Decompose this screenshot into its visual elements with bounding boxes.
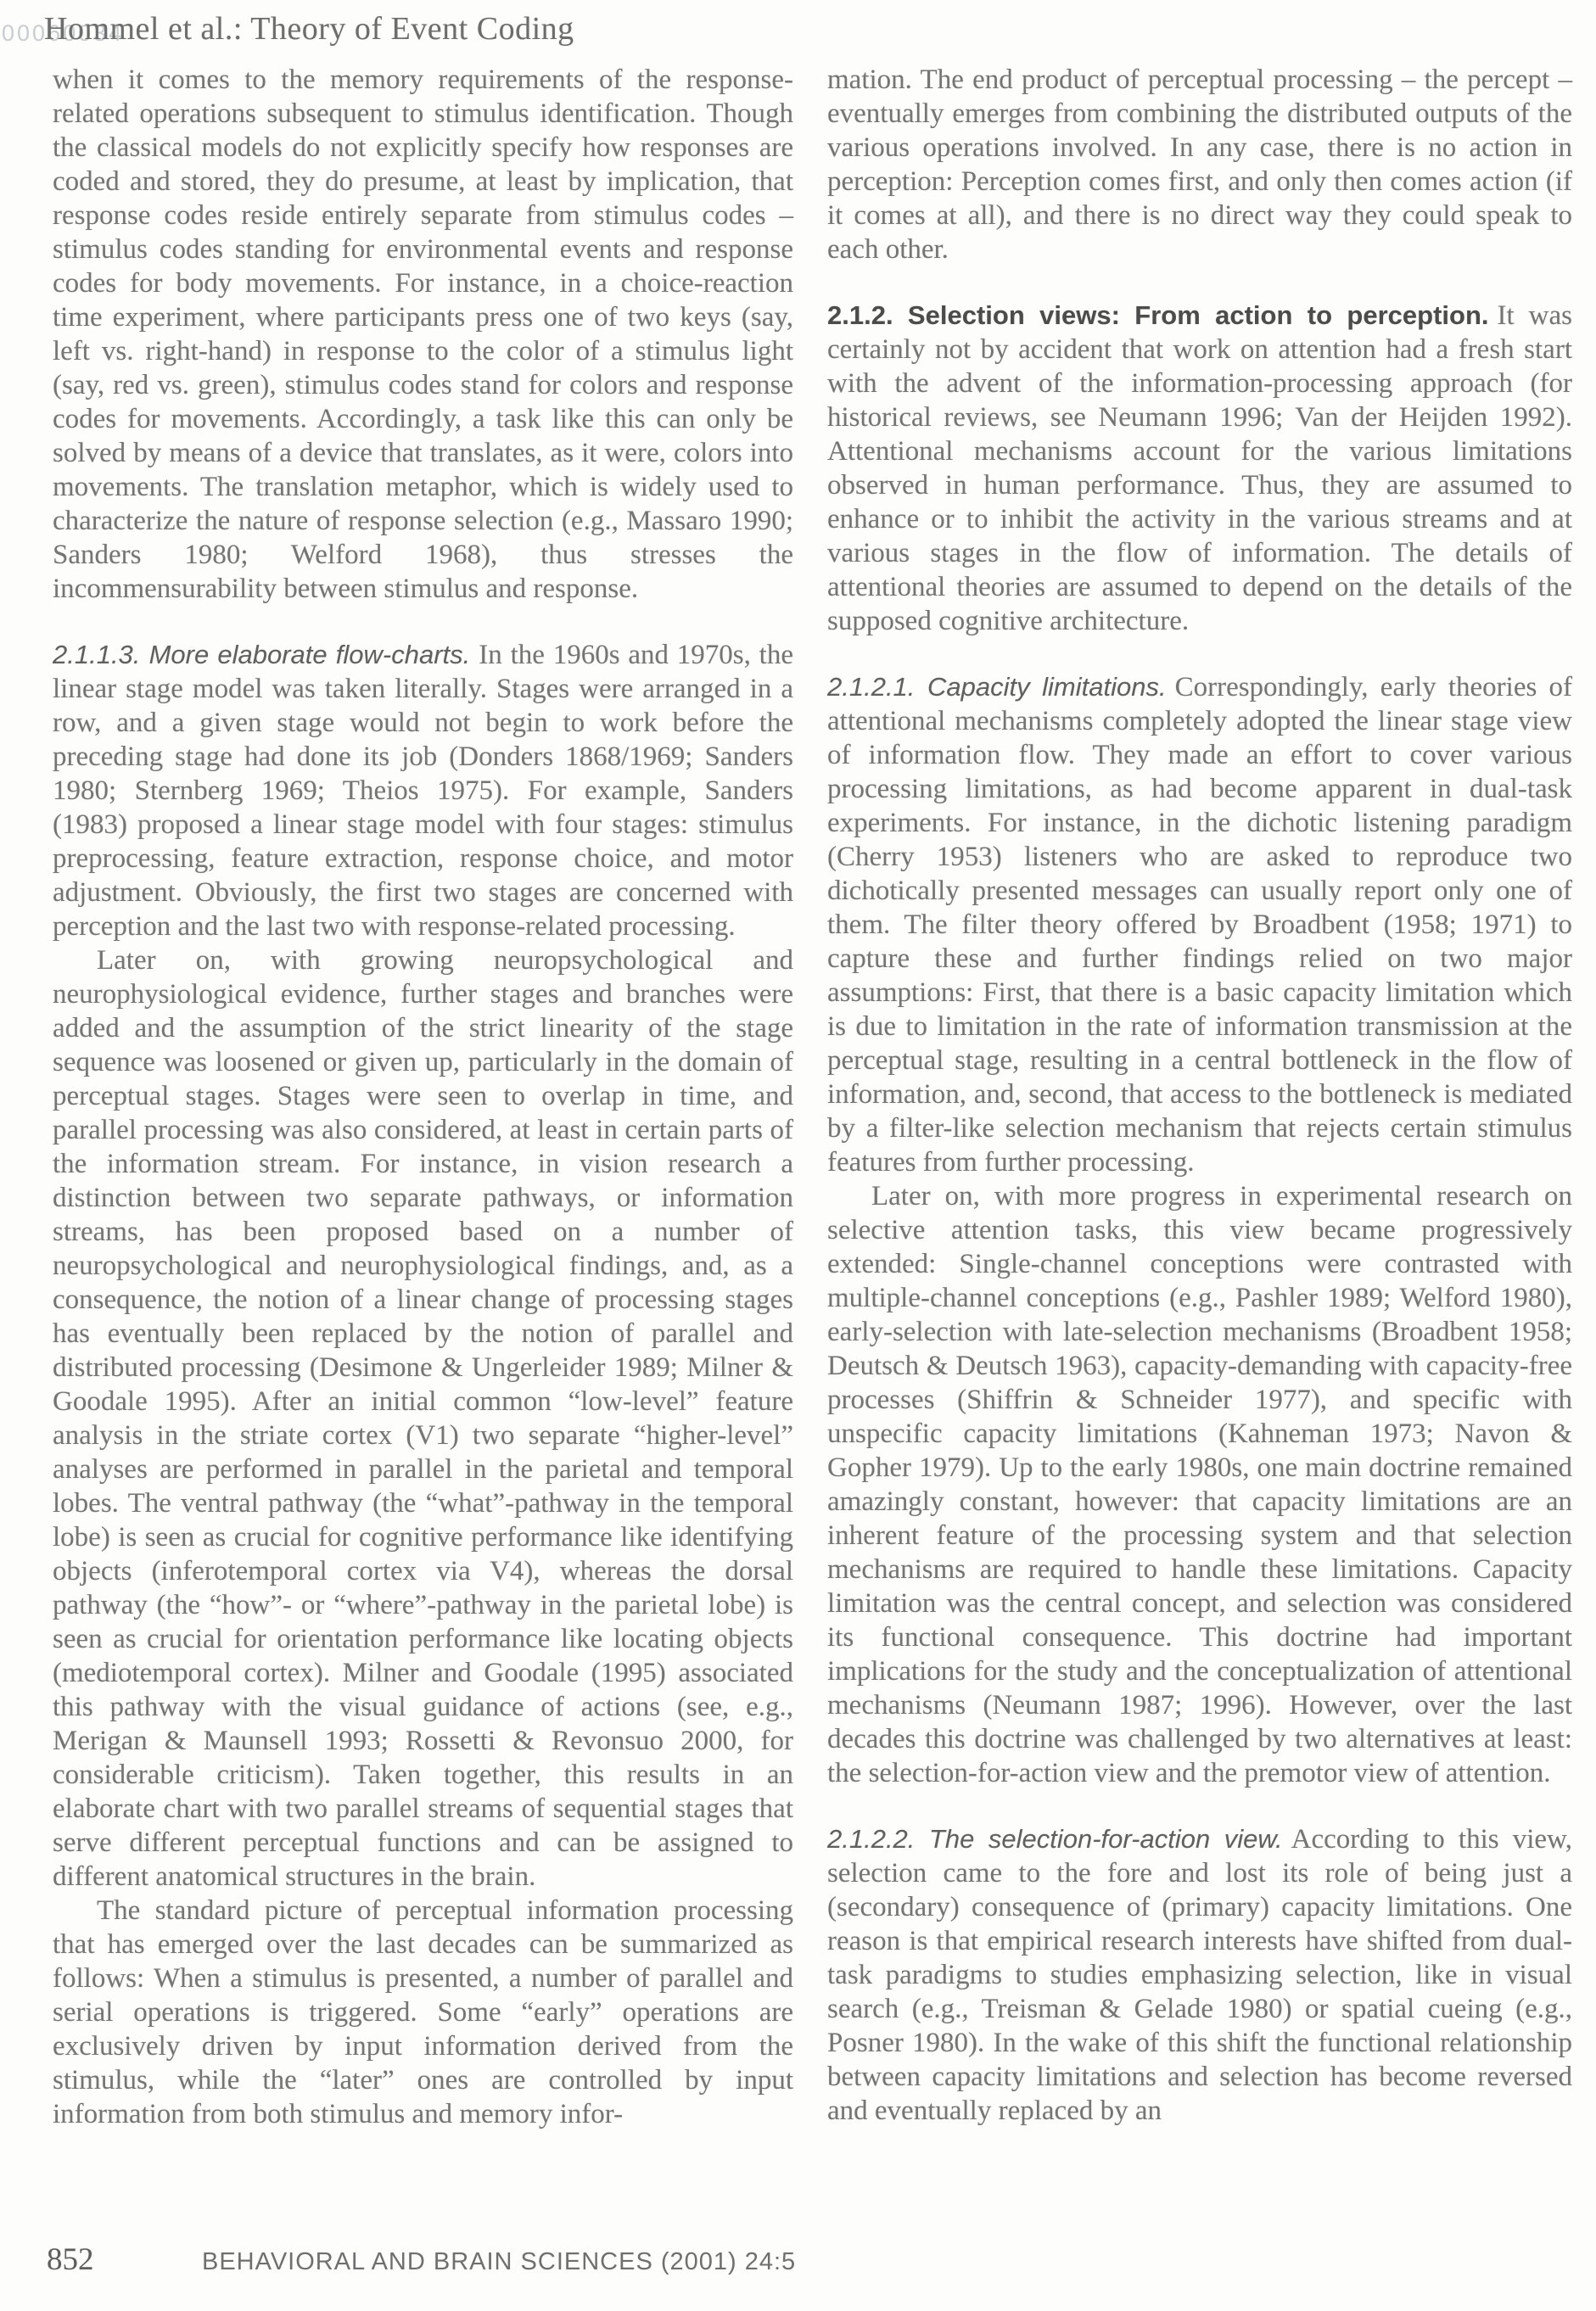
paragraph-continuation: when it comes to the memory requirements… — [53, 63, 793, 606]
section-capacity-limitations: 2.1.2.1. Capacity limitations.Correspond… — [827, 670, 1572, 1179]
section-text-capacity-limitations: Correspondingly, early theories of atten… — [827, 672, 1572, 1178]
scanned-paper-page: 00060034 Hommel et al.: Theory of Event … — [0, 0, 1596, 2311]
section-text-selection-for-action: According to this view, selection came t… — [827, 1824, 1572, 2126]
right-column: mation. The end product of perceptual pr… — [827, 63, 1572, 2128]
section-text-flowcharts: In the 1960s and 1970s, the linear stage… — [53, 640, 793, 942]
paragraph-standard-picture: The standard picture of perceptual infor… — [53, 1894, 793, 2131]
page-number: 852 — [47, 2241, 94, 2278]
section-text-selection-views: It was certainly not by accident that wo… — [827, 300, 1572, 636]
section-heading-flowcharts: 2.1.1.3. More elaborate flow-charts. — [53, 640, 470, 669]
paragraph-later-on-right: Later on, with more progress in experime… — [827, 1179, 1572, 1790]
paragraph-continuation-right: mation. The end product of perceptual pr… — [827, 63, 1572, 266]
left-column: when it comes to the memory requirements… — [53, 63, 793, 2131]
section-heading-selection-views: 2.1.2. Selection views: From action to p… — [827, 300, 1489, 330]
journal-footer: BEHAVIORAL AND BRAIN SCIENCES (2001) 24:… — [202, 2248, 796, 2276]
section-flowcharts: 2.1.1.3. More elaborate flow-charts.In t… — [53, 638, 793, 943]
section-selection-for-action: 2.1.2.2. The selection-for-action view.A… — [827, 1822, 1572, 2128]
paragraph-later-on-left: Later on, with growing neuropsychologica… — [53, 943, 793, 1894]
running-head: Hommel et al.: Theory of Event Coding — [44, 10, 574, 48]
section-selection-views: 2.1.2. Selection views: From action to p… — [827, 299, 1572, 638]
section-heading-selection-for-action: 2.1.2.2. The selection-for-action view. — [827, 1824, 1283, 1854]
section-heading-capacity-limitations: 2.1.2.1. Capacity limitations. — [827, 672, 1167, 702]
